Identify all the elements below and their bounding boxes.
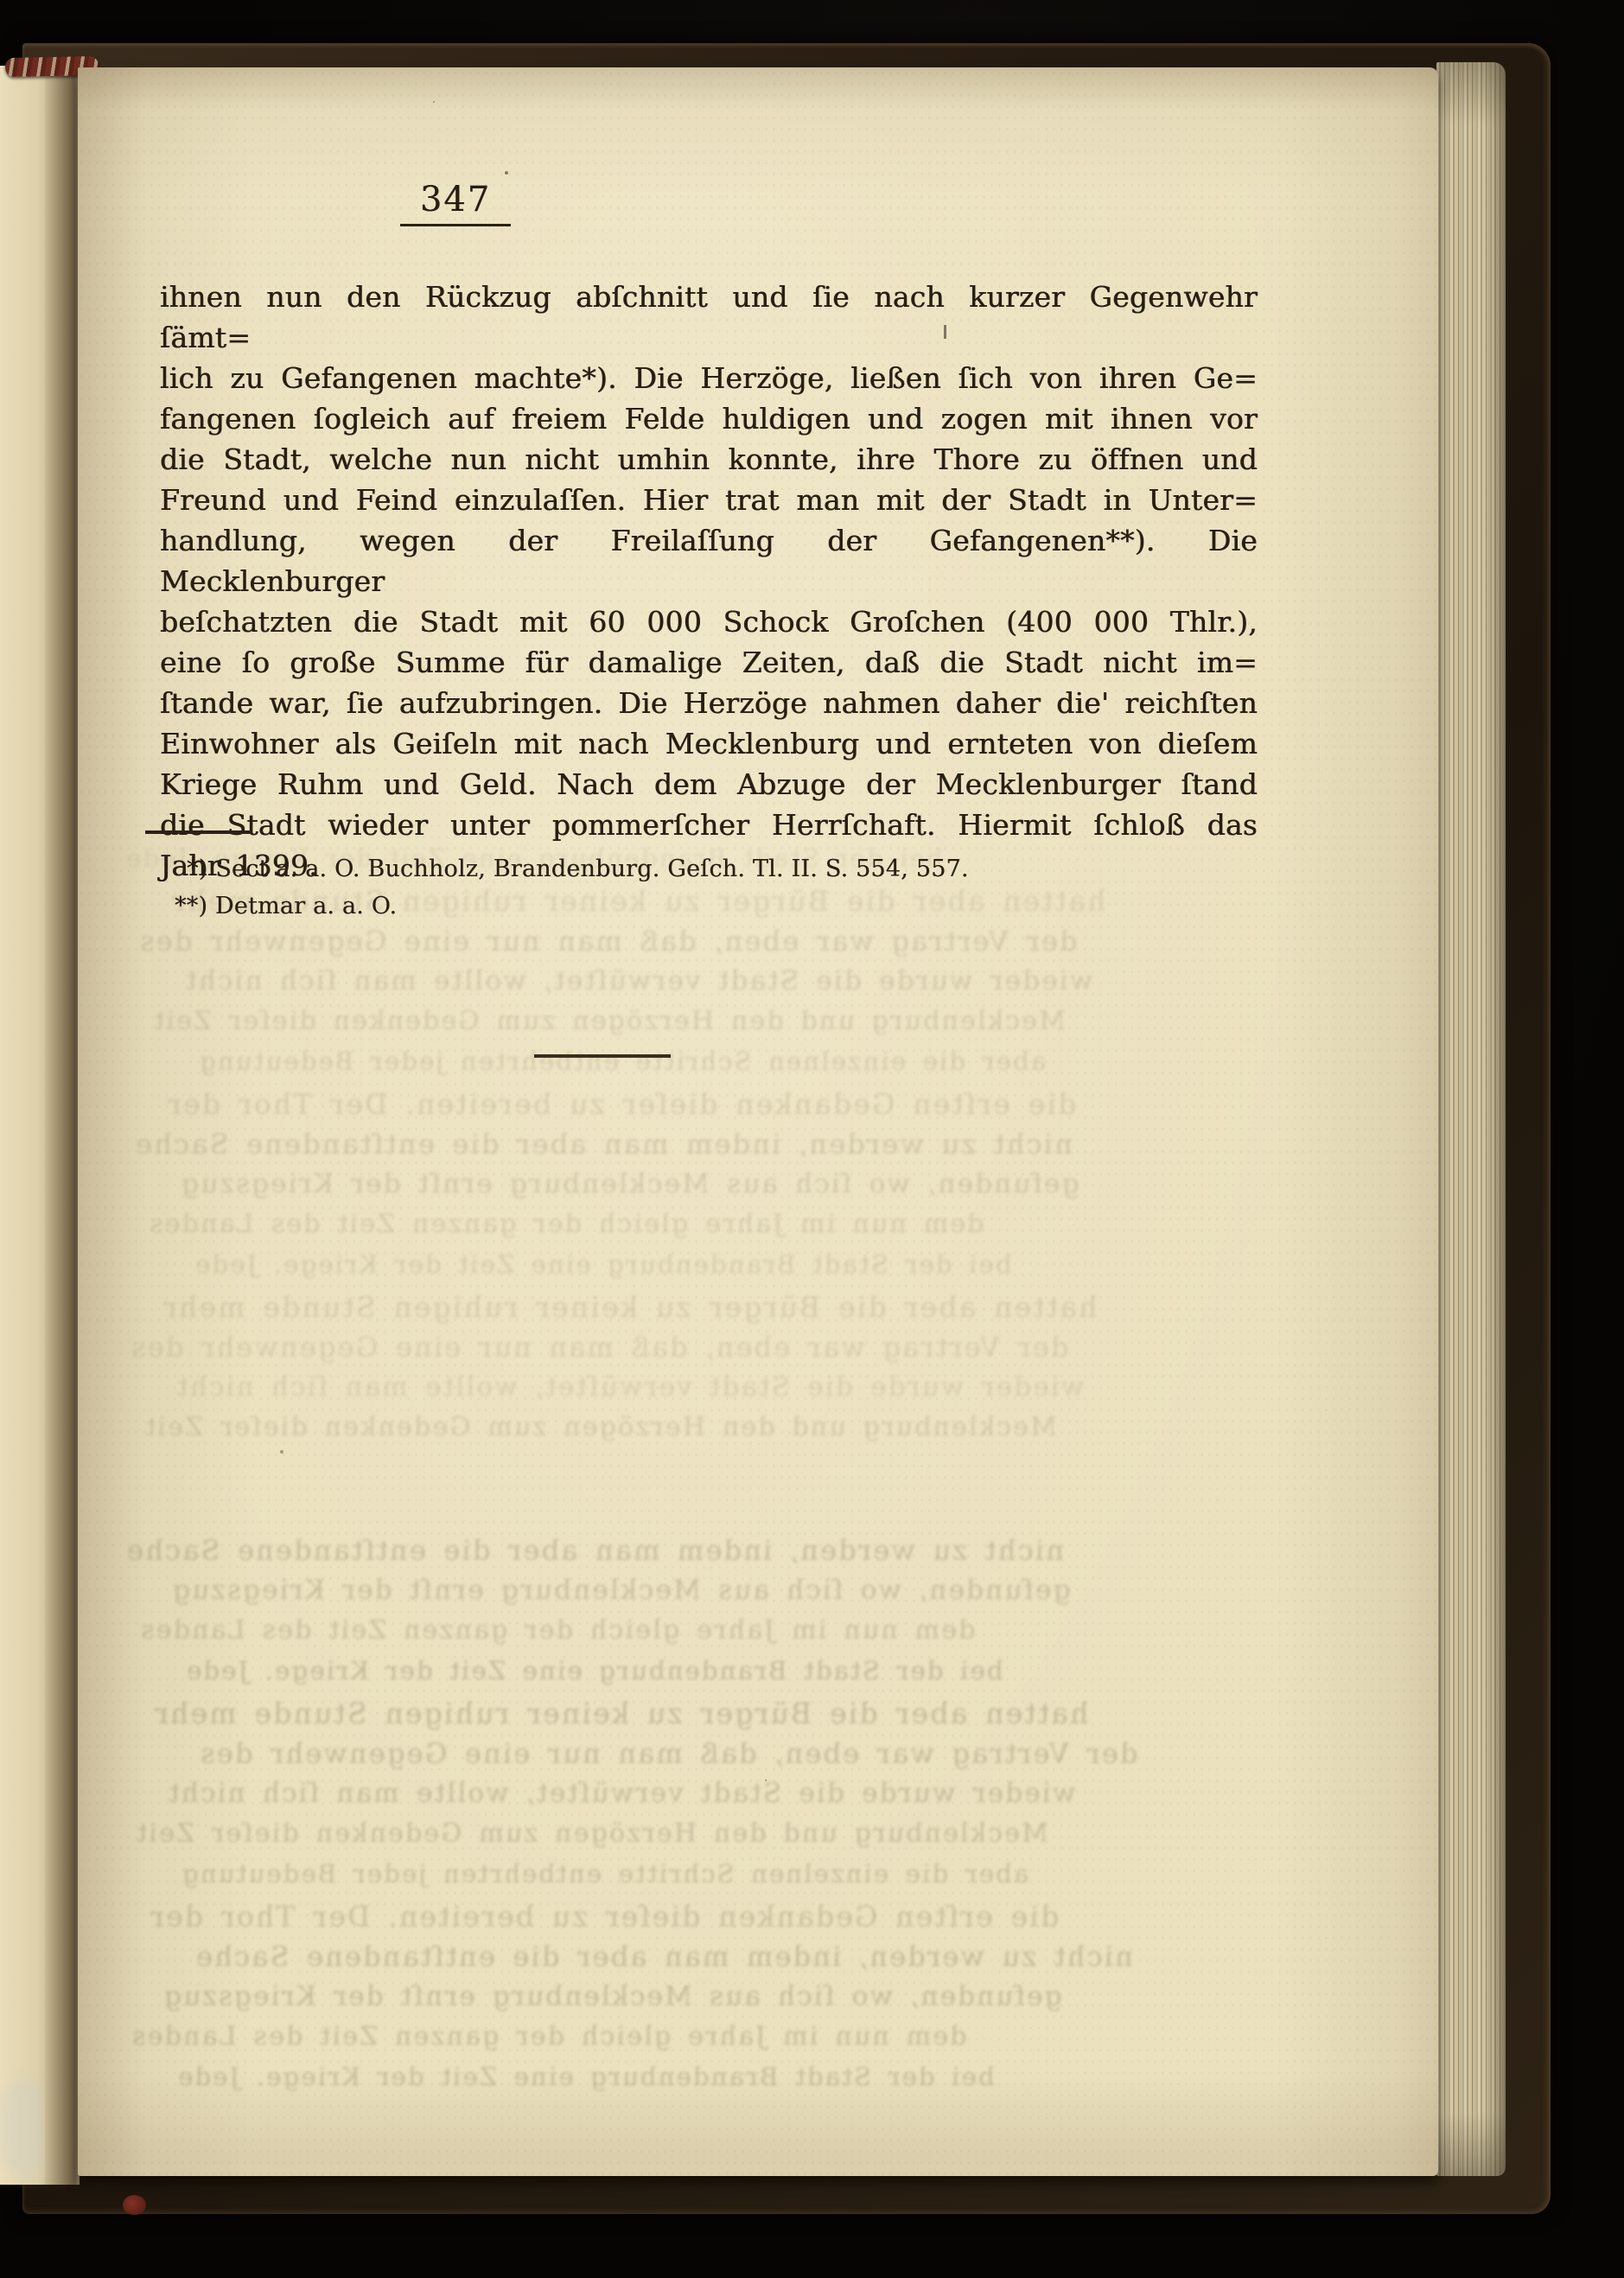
text-line: fangenen ſogleich auf freiem Felde huldi… bbox=[160, 398, 1258, 439]
ghost-line: nicht zu werden, indem man aber die entſ… bbox=[134, 1128, 1073, 1161]
ghost-line: aber die einzelnen Schritte entbehrten j… bbox=[181, 1859, 1029, 1888]
footnote: **) Detmar a. a. O. bbox=[175, 888, 1246, 925]
ghost-line: die erſten Gedanken dieſer zu bereiten. … bbox=[149, 1899, 1059, 1933]
endband-bottom bbox=[123, 2195, 146, 2215]
body-text: ihnen nun den Rückzug abſchnitt und ſie … bbox=[160, 277, 1258, 886]
footnote-rule bbox=[145, 830, 251, 834]
gutter-shadow bbox=[45, 66, 80, 2185]
text-line: lich zu Gefangenen machte*). Die Herzöge… bbox=[160, 358, 1258, 398]
text-line: eine ſo große Summe für damalige Zeiten,… bbox=[160, 642, 1258, 683]
page-stack-edges bbox=[1436, 62, 1506, 2176]
ghost-line: der Vertrag war eben, daß man nur eine G… bbox=[130, 1331, 1069, 1364]
ghost-line: hatten aber die Bürger zu keiner ruhigen… bbox=[153, 1696, 1088, 1730]
ghost-line: die erſten Gedanken dieſer zu bereiten. … bbox=[166, 1087, 1076, 1121]
text-line: beſchatzten die Stadt mit 60 000 Schock … bbox=[160, 601, 1258, 642]
ghost-line: bei der Stadt Brandenburg eine Zeit der … bbox=[176, 2062, 995, 2091]
ghost-line: gefunden, wo ſich aus Mecklenburg ernſt … bbox=[162, 1981, 1062, 2012]
page-number-rule bbox=[400, 224, 511, 226]
photo-background: bei der Stadt Brandenburg eine Zeit der … bbox=[0, 0, 1624, 2278]
ghost-line: der Vertrag war eben, daß man nur eine G… bbox=[199, 1737, 1138, 1770]
text-line: Einwohner als Geiſeln mit nach Mecklenbu… bbox=[160, 723, 1258, 764]
ghost-line: wieder wurde die Stadt verwüſtet, wollte… bbox=[175, 1371, 1085, 1403]
text-line: ihnen nun den Rückzug abſchnitt und ſie … bbox=[160, 277, 1258, 358]
ghost-line: gefunden, wo ſich aus Mecklenburg ernſt … bbox=[180, 1168, 1079, 1199]
ghost-line: gefunden, wo ſich aus Mecklenburg ernſt … bbox=[171, 1575, 1071, 1606]
ghost-line: nicht zu werden, indem man aber die entſ… bbox=[194, 1940, 1133, 1973]
text-line: die Stadt, welche nun nicht umhin konnte… bbox=[160, 439, 1258, 480]
text-line: Kriege Ruhm und Geld. Nach dem Abzuge de… bbox=[160, 764, 1258, 805]
ink-speck bbox=[505, 171, 508, 175]
footnote: *) Sect a. a. O. Buchholz, Brandenburg. … bbox=[175, 850, 1246, 888]
book-page: bei der Stadt Brandenburg eine Zeit der … bbox=[78, 67, 1438, 2176]
paper-smudge bbox=[0, 2081, 48, 2178]
text-line: handlung, wegen der Freilaſſung der Gefa… bbox=[160, 520, 1258, 601]
ghost-line: wieder wurde die Stadt verwüſtet, wollte… bbox=[167, 1778, 1076, 1809]
ghost-line: dem nun im Jahre gleich der ganzen Zeit … bbox=[139, 1615, 976, 1645]
bleedthrough-text: bei der Stadt Brandenburg eine Zeit der … bbox=[104, 843, 1404, 2116]
page-header: 347 bbox=[360, 180, 551, 226]
section-divider-rule bbox=[534, 1054, 671, 1058]
ghost-line: nicht zu werden, indem man aber die entſ… bbox=[125, 1534, 1064, 1567]
ghost-line: Mecklenburg und den Herzögen zum Gedenke… bbox=[135, 1818, 1048, 1848]
text-line: ſtande war, ſie aufzubringen. Die Herzög… bbox=[160, 683, 1258, 723]
ghost-line: bei der Stadt Brandenburg eine Zeit der … bbox=[185, 1656, 1003, 1685]
footnotes: *) Sect a. a. O. Buchholz, Brandenburg. … bbox=[175, 850, 1246, 925]
facing-page-sliver bbox=[0, 66, 47, 2185]
ghost-line: wieder wurde die Stadt verwüſtet, wollte… bbox=[184, 965, 1093, 996]
ghost-line: dem nun im Jahre gleich der ganzen Zeit … bbox=[148, 1209, 984, 1239]
ghost-line: hatten aber die Bürger zu keiner ruhigen… bbox=[162, 1290, 1097, 1324]
ghost-line: der Vertrag war eben, daß man nur eine G… bbox=[138, 925, 1078, 958]
ghost-line: Mecklenburg und den Herzögen zum Gedenke… bbox=[143, 1412, 1057, 1442]
ghost-line: Mecklenburg und den Herzögen zum Gedenke… bbox=[152, 1006, 1066, 1036]
ghost-line: bei der Stadt Brandenburg eine Zeit der … bbox=[194, 1250, 1012, 1279]
ghost-line: dem nun im Jahre gleich der ganzen Zeit … bbox=[131, 2021, 967, 2052]
text-line: Freund und Feind einzulaſſen. Hier trat … bbox=[160, 480, 1258, 520]
ghost-line: aber die einzelnen Schritte entbehrten j… bbox=[198, 1047, 1046, 1076]
print-artifact bbox=[944, 325, 946, 339]
text-line: die Stadt wieder unter pommerſcher Herrſ… bbox=[160, 805, 1258, 845]
page-number: 347 bbox=[360, 180, 551, 220]
